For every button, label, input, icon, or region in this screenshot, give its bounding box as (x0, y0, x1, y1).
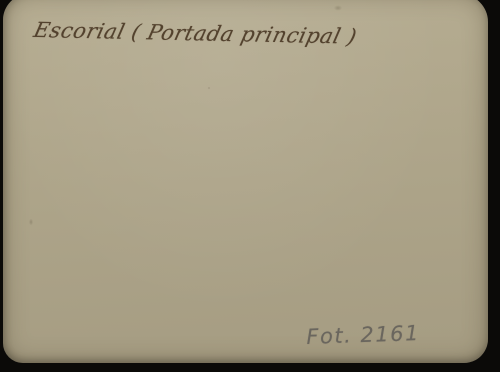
photo-backdrop: Escorial ( Portada principal ) Fot. 2161 (0, 0, 500, 372)
handwritten-inscription: Escorial ( Portada principal ) (31, 18, 359, 49)
catalog-number: Fot. 2161 (306, 321, 420, 349)
photo-card-back: Escorial ( Portada principal ) Fot. 2161 (3, 0, 488, 363)
